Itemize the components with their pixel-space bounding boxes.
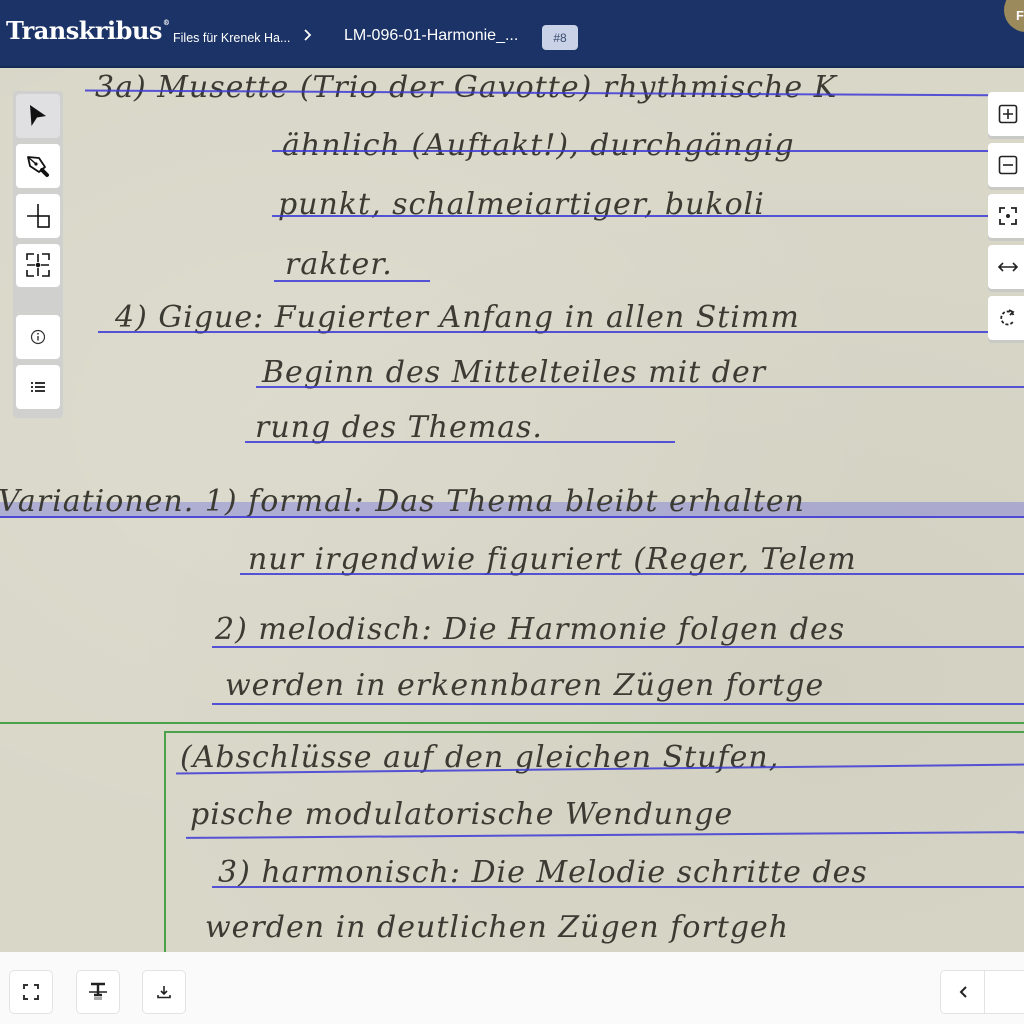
- cursor-arrow-icon: [27, 103, 49, 129]
- tool-palette: [13, 91, 63, 418]
- baseline[interactable]: [272, 150, 1024, 152]
- text-region[interactable]: [164, 731, 1024, 952]
- info-icon: [30, 329, 46, 345]
- baseline[interactable]: [245, 441, 675, 443]
- breadcrumb-collection[interactable]: Files für Krenek Ha...: [173, 31, 290, 45]
- avatar-initial: F: [1016, 8, 1024, 23]
- text-line[interactable]: 3a) Musette (Trio der Gavotte) rhythmisc…: [95, 70, 837, 105]
- zoom-out-button[interactable]: [988, 143, 1024, 187]
- text-line[interactable]: Beginn des Mittelteiles mit der: [262, 355, 766, 390]
- list-button[interactable]: [16, 365, 60, 409]
- zoom-in-button[interactable]: [988, 92, 1024, 136]
- split-region-tool-button[interactable]: [16, 244, 60, 288]
- baseline[interactable]: [240, 573, 1024, 575]
- text-line[interactable]: 4) Gigue: Fugierter Anfang in allen Stim…: [115, 300, 800, 335]
- baseline[interactable]: [256, 386, 1024, 388]
- baseline[interactable]: [212, 646, 1024, 648]
- select-tool-button[interactable]: [16, 94, 60, 138]
- text-line[interactable]: rung des Themas.: [255, 410, 543, 445]
- document-canvas[interactable]: 3a) Musette (Trio der Gavotte) rhythmisc…: [0, 68, 1024, 952]
- fullscreen-button[interactable]: [9, 970, 53, 1014]
- draw-baseline-tool-button[interactable]: [16, 144, 60, 188]
- bottom-bar: [0, 952, 1024, 1024]
- fit-page-button[interactable]: [988, 194, 1024, 238]
- previous-page-button[interactable]: [941, 971, 985, 1013]
- list-icon: [30, 380, 46, 394]
- view-controls: [988, 92, 1024, 350]
- breadcrumb-document[interactable]: LM-096-01-Harmonie_...: [344, 27, 518, 45]
- page-number-badge: #8: [542, 25, 578, 50]
- crosshair-box-icon: [25, 203, 51, 229]
- logo-registered-mark: ®: [163, 18, 170, 27]
- text-layout-button[interactable]: [76, 970, 120, 1014]
- baseline-selected[interactable]: [0, 516, 1024, 518]
- focus-frame-icon: [998, 206, 1018, 226]
- user-avatar[interactable]: F: [1004, 0, 1024, 32]
- rotate-icon: [998, 308, 1018, 328]
- baseline[interactable]: [212, 703, 1024, 705]
- breadcrumb-separator-chevron-icon: [303, 28, 313, 42]
- download-icon: [157, 985, 171, 999]
- baseline[interactable]: [272, 215, 1024, 217]
- transkribus-logo[interactable]: Transkribus®: [6, 16, 169, 45]
- expand-corners-icon: [23, 984, 39, 1000]
- draw-region-tool-button[interactable]: [16, 194, 60, 238]
- pen-nib-icon: [25, 153, 51, 179]
- text-region-border[interactable]: [0, 722, 1024, 724]
- baseline[interactable]: [98, 331, 1024, 333]
- horizontal-arrows-icon: [997, 260, 1019, 274]
- page-navigator: [940, 970, 1024, 1014]
- logo-text: Transkribus: [6, 16, 162, 45]
- top-bar: Transkribus® Files für Krenek Ha... LM-0…: [0, 0, 1024, 68]
- rotate-button[interactable]: [988, 296, 1024, 340]
- split-grid-icon: [24, 251, 52, 279]
- text-line[interactable]: 2) melodisch: Die Harmonie folgen des: [215, 612, 845, 647]
- text-line[interactable]: rakter.: [285, 247, 393, 282]
- chevron-left-icon: [958, 985, 968, 999]
- text-line[interactable]: werden in erkennbaren Zügen fortge: [225, 668, 824, 703]
- fit-width-button[interactable]: [988, 245, 1024, 289]
- baseline[interactable]: [274, 280, 430, 282]
- text-line[interactable]: ähnlich (Auftakt!), durchgängig: [282, 128, 795, 163]
- minus-box-icon: [998, 155, 1018, 175]
- text-line[interactable]: nur irgendwie figuriert (Reger, Telem: [248, 542, 857, 577]
- text-line-selected[interactable]: Variationen. 1) formal: Das Thema bleibt…: [0, 484, 805, 519]
- plus-box-icon: [998, 104, 1018, 124]
- info-button[interactable]: [16, 315, 60, 359]
- download-button[interactable]: [142, 970, 186, 1014]
- text-format-icon: [87, 981, 109, 1003]
